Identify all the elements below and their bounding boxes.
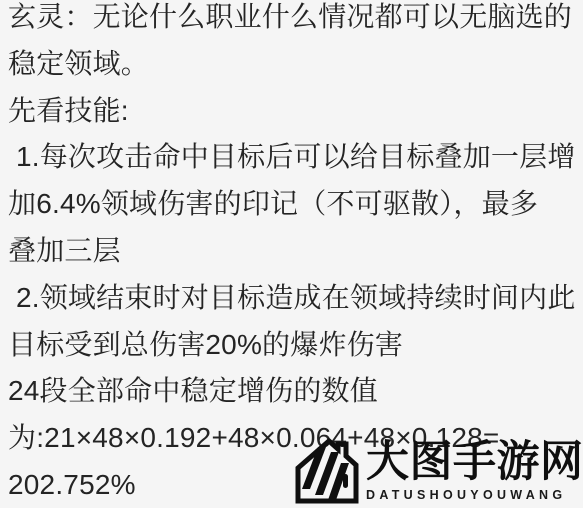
- text-line: 目标受到总伤害20%的爆炸伤害: [8, 322, 581, 369]
- article-page: 玄灵：无论什么职业什么情况都可以无脑选的稳定领域。先看技能: 1.每次攻击命中目…: [0, 0, 583, 508]
- article-text: 玄灵：无论什么职业什么情况都可以无脑选的稳定领域。先看技能: 1.每次攻击命中目…: [8, 0, 581, 508]
- text-line: 玄灵：无论什么职业什么情况都可以无脑选的: [8, 0, 581, 41]
- watermark-site-name-cn: 大图手游网: [366, 441, 583, 484]
- text-line: 24段全部命中稳定增伤的数值: [8, 368, 581, 415]
- text-line: 1.每次攻击命中目标后可以给目标叠加一层增: [8, 134, 581, 181]
- house-logo-icon: [293, 437, 361, 504]
- watermark-text: 大图手游网 DATUSHOUYOUWANG: [366, 437, 583, 502]
- watermark: 大图手游网 DATUSHOUYOUWANG: [293, 437, 583, 504]
- watermark-site-name-en: DATUSHOUYOUWANG: [366, 488, 583, 502]
- text-line: 叠加三层: [8, 228, 581, 275]
- text-line: 2.领域结束时对目标造成在领域持续时间内此: [8, 275, 581, 322]
- text-line: 先看技能:: [8, 88, 581, 135]
- text-line: 加6.4%领域伤害的印记（不可驱散），最多: [8, 181, 581, 228]
- text-line: 稳定领域。: [8, 41, 581, 88]
